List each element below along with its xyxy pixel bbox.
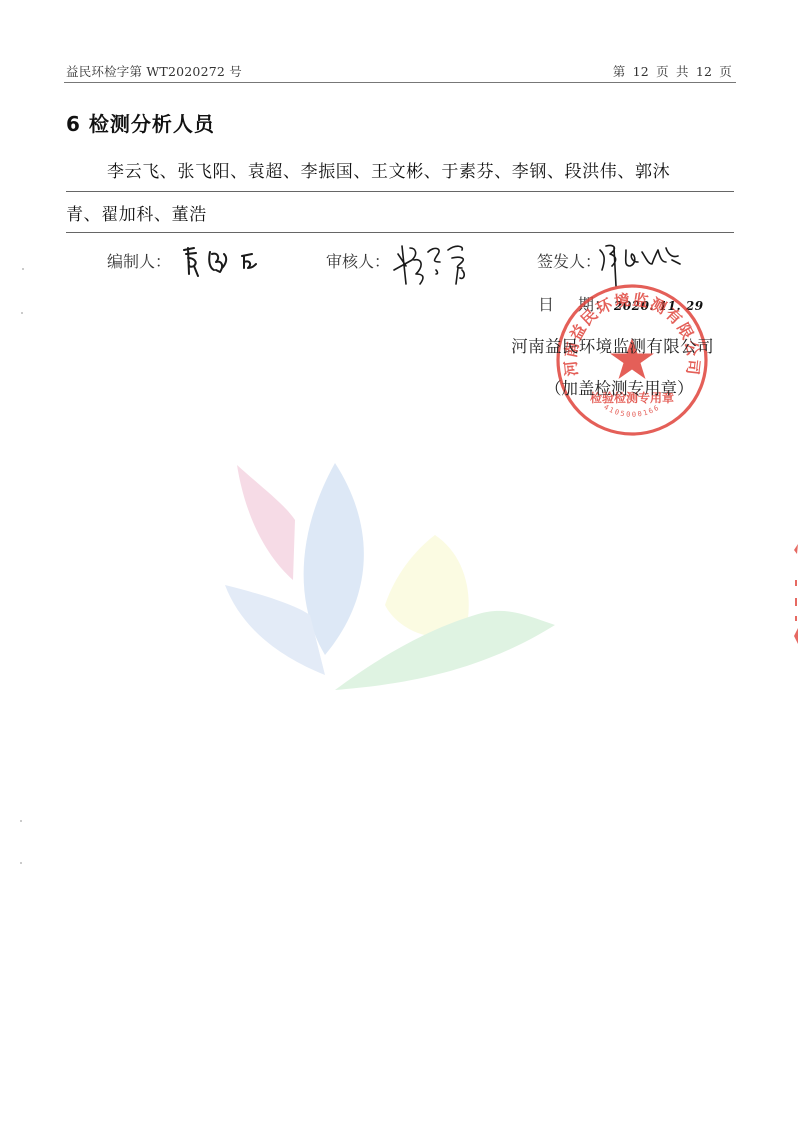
section-title: 6 检测分析人员 [66,108,215,137]
company-name: 河南益民环境监测有限公司 [511,333,714,357]
scan-speck [20,862,22,864]
scan-speck [21,312,23,314]
analyst-names-line-2: 青、翟加科、董浩 [66,200,207,225]
compiler-signature-icon [180,244,270,280]
compiler-label: 编制人： [107,249,171,272]
header-divider [64,82,736,83]
document-page: 益民环检字第 WT2020272 号 第 12 页 共 12 页 6 检测分析人… [0,0,800,1132]
analyst-names-line-1: 李云飞、张飞阳、袁超、李振国、王文彬、于素芬、李钢、段洪伟、郭沐 [107,157,670,182]
reviewer-label: 审核人： [326,249,390,272]
page-indicator: 第 12 页 共 12 页 [613,62,732,80]
report-number: 益民环检字第 WT2020272 号 [66,62,242,80]
svg-text:4105000166: 4105000166 [602,403,661,419]
underline-1 [66,191,734,192]
reviewer-signature-icon [392,240,487,290]
issuer-label: 签发人： [537,249,601,272]
official-seal-icon: 河南益民环境监测有限公司 检验检测专用章 4105000166 [552,280,712,440]
watermark-logo-icon [225,445,565,705]
scan-speck [20,820,22,822]
scan-speck [22,268,24,270]
underline-2 [66,232,734,233]
stamp-note: （加盖检测专用章） [545,375,694,399]
edge-seal-fragment-icon [786,540,800,670]
